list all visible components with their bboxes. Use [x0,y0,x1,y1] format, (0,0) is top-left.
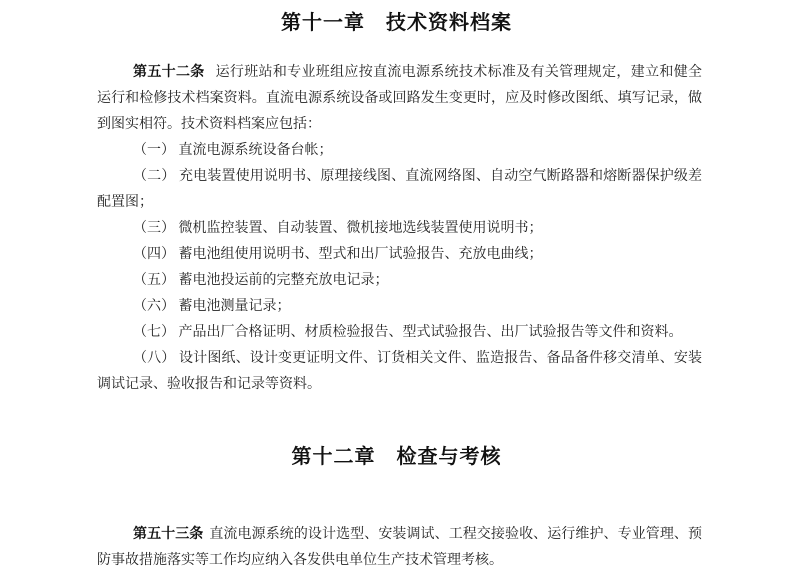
archive-list-item-1: （一） 直流电源系统设备台帐； [97,138,702,164]
article-52-paragraph: 第五十二条运行班站和专业班组应按直流电源系统技术标准及有关管理规定，建立和健全运… [97,60,702,138]
archive-list-item-3: （三） 微机监控装置、自动装置、微机接地选线装置使用说明书； [97,216,702,242]
document-body-2: 第五十三条直流电源系统的设计选型、安装调试、工程交接验收、运行维护、专业管理、预… [97,522,702,574]
archive-list-item-6: （六） 蓄电池测量记录； [97,294,702,320]
article-52-number: 第五十二条 [133,65,205,80]
document-page: 第十一章 技术资料档案 第五十二条运行班站和专业班组应按直流电源系统技术标准及有… [0,0,793,579]
chapter-11-heading: 第十一章 技术资料档案 [0,8,793,38]
article-53-number: 第五十三条 [133,527,203,542]
chapter-12-heading: 第十二章 检查与考核 [0,442,793,472]
archive-list-item-4: （四） 蓄电池组使用说明书、型式和出厂试验报告、充放电曲线； [97,242,702,268]
archive-list-item-5: （五） 蓄电池投运前的完整充放电记录； [97,268,702,294]
article-53-paragraph: 第五十三条直流电源系统的设计选型、安装调试、工程交接验收、运行维护、专业管理、预… [97,522,702,574]
document-body: 第五十二条运行班站和专业班组应按直流电源系统技术标准及有关管理规定，建立和健全运… [97,60,702,398]
archive-list-item-2: （二） 充电装置使用说明书、原理接线图、直流网络图、自动空气断路器和熔断器保护级… [97,164,702,216]
archive-list-item-7: （七） 产品出厂合格证明、材质检验报告、型式试验报告、出厂试验报告等文件和资料。 [97,320,702,346]
archive-list-item-8: （八） 设计图纸、设计变更证明文件、订货相关文件、监造报告、备品备件移交清单、安… [97,346,702,398]
